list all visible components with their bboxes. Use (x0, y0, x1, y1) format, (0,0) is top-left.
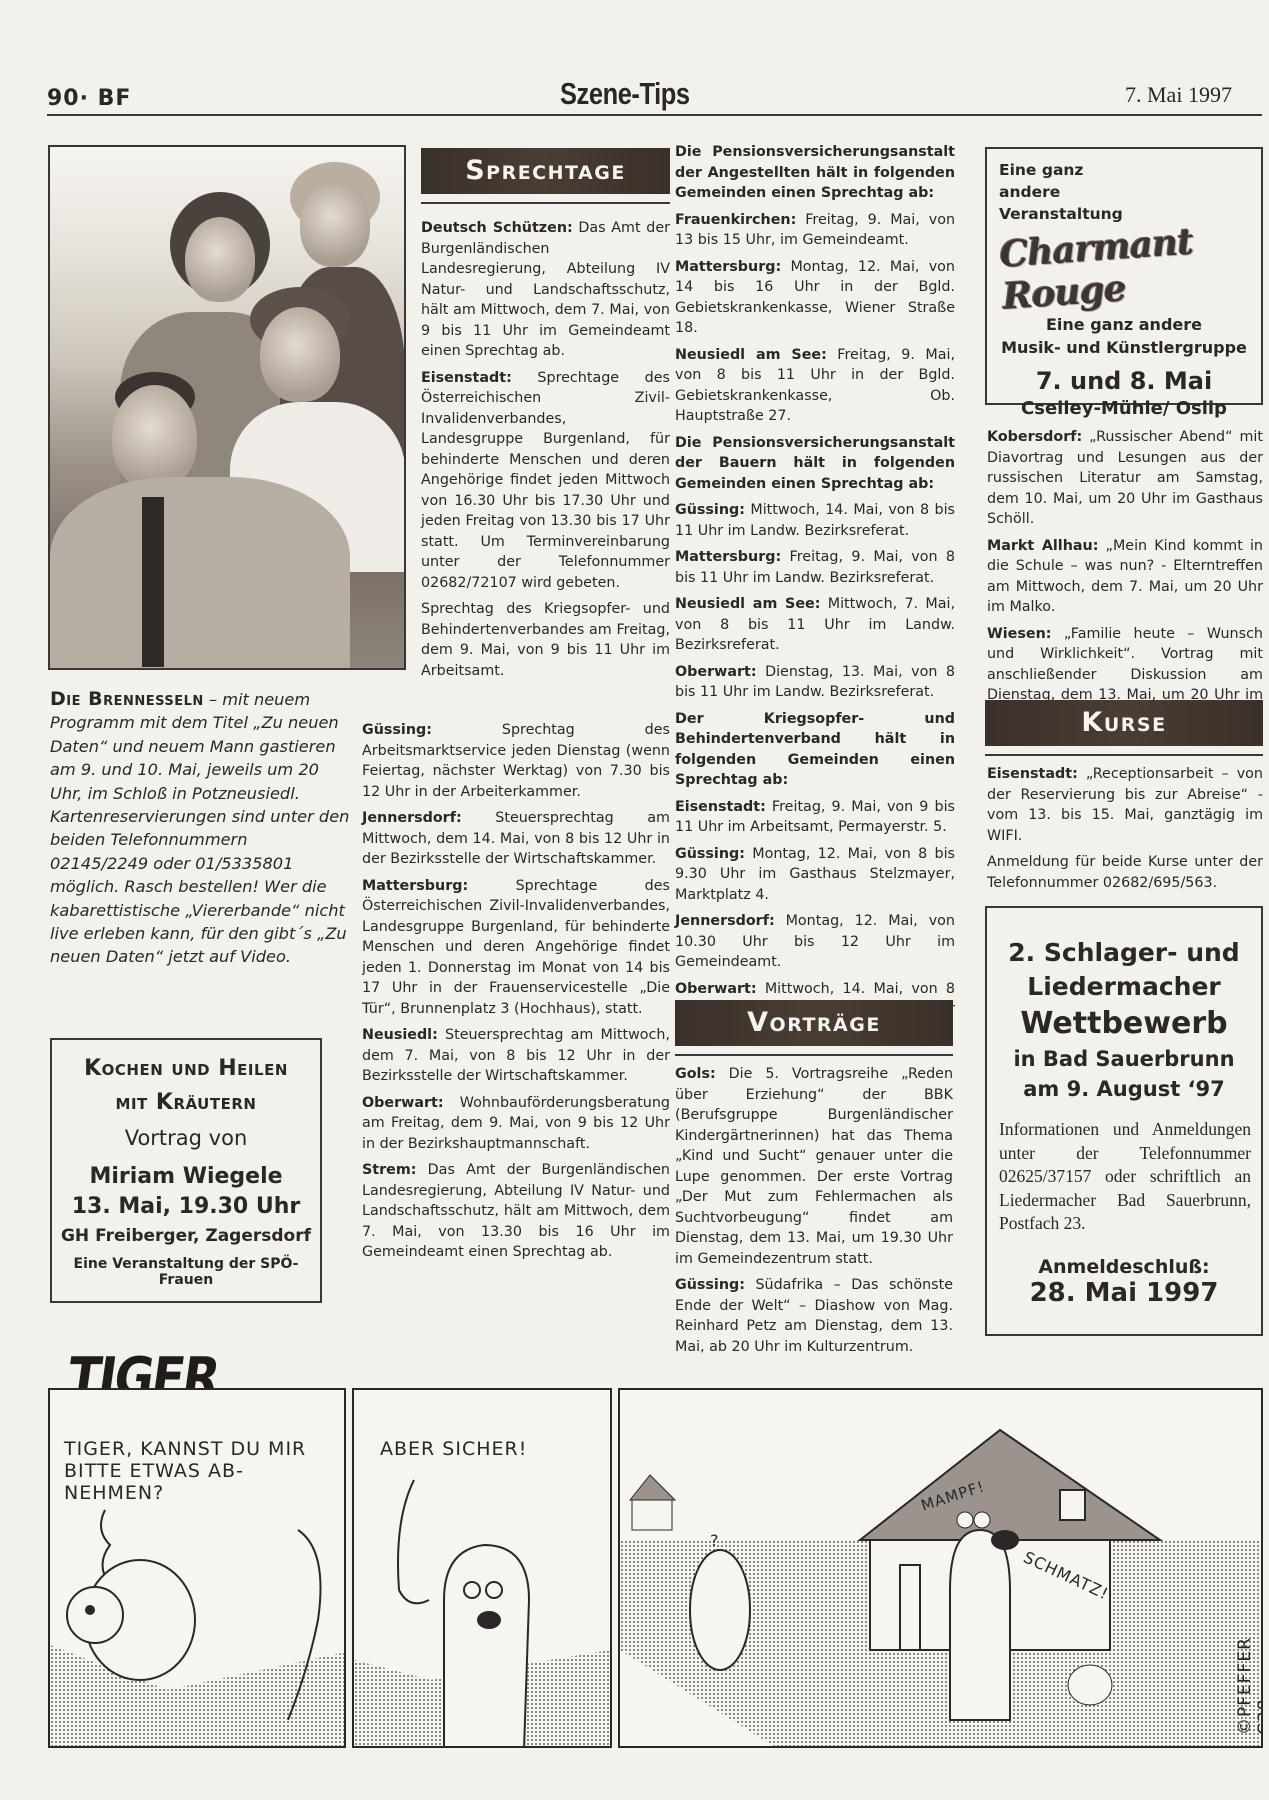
list-item: Oberwart: Dienstag, 13. Mai, von 8 bis 1… (675, 662, 955, 703)
ad-location-date: in Bad Sauerbrunn am 9. August ‘97 (987, 1044, 1261, 1104)
place-name: Jennersdorf: (675, 913, 775, 929)
place-name: Oberwart: (675, 664, 757, 680)
banner-rule (675, 1054, 953, 1056)
person-face (260, 307, 340, 402)
banner-rule (985, 754, 1263, 756)
list-item: Neusiedl: Steuersprechtag am Mittwoch, d… (362, 1025, 670, 1087)
section-banner-kurse: Kurse (985, 700, 1263, 746)
speech-bubble: ABER SICHER! (380, 1438, 600, 1460)
list-item: Anmeldung für beide Kurse unter der Tele… (987, 852, 1263, 893)
list-item: Jennersdorf: Montag, 12. Mai, von 10.30 … (675, 911, 955, 973)
place-name: Oberwart: (675, 981, 757, 997)
ad-title: Kochen und Heilen mit Kräutern (52, 1052, 320, 1120)
section-intro: Der Kriegsopfer- und Behindertenverband … (675, 709, 955, 791)
issue-date: 7. Mai 1997 (1125, 82, 1232, 108)
comic-panel-3: MAMPF! SCHMATZ! ? ©PFEFFER C38 (618, 1388, 1263, 1748)
desc-line2: Musik- und Künstlergruppe (987, 336, 1261, 359)
comic-copyright: ©PFEFFER C38 (1235, 1637, 1263, 1735)
charmant-rouge-ad: Eine ganz andere Veranstaltung Charmant … (985, 147, 1263, 405)
sprechtage-column-2: Die Pensionsversicherungsanstalt der Ang… (675, 142, 955, 1046)
event-date: am 9. August ‘97 (987, 1074, 1261, 1104)
section-banner-vortraege: Vorträge (675, 1000, 953, 1046)
list-item: Jennersdorf: Steuersprechtag am Mittwoch… (362, 808, 670, 870)
comic-characters-drawing (50, 1490, 346, 1748)
house-scene-drawing (620, 1390, 1263, 1748)
headline-line2: Liedermacher (987, 970, 1261, 1004)
speaker-name: Miriam Wiegele (52, 1162, 320, 1192)
place-name: Jennersdorf: (362, 810, 462, 826)
page-number-section: 90· BF (47, 86, 131, 111)
list-item: Eisenstadt: Sprechtage des Österreichisc… (421, 368, 670, 594)
ad-venue: Cselley-Mühle/ Oslip (987, 397, 1261, 421)
list-item: Deutsch Schützen: Das Amt der Burgenländ… (421, 218, 670, 362)
deadline-date: 28. Mai 1997 (987, 1278, 1261, 1308)
kochen-heilen-ad: Kochen und Heilen mit Kräutern Vortrag v… (50, 1038, 322, 1303)
list-item: Eisenstadt: Freitag, 9. Mai, von 9 bis 1… (675, 797, 955, 838)
list-item: Gols: Die 5. Vortragsreihe „Reden über E… (675, 1064, 953, 1269)
place-name: Eisenstadt: (987, 766, 1078, 782)
place-name: Strem: (362, 1162, 417, 1178)
vortraege-column: Gols: Die 5. Vortragsreihe „Reden über E… (675, 1064, 953, 1363)
ad-info-text: Informationen und Anmeldungen unter der … (999, 1118, 1251, 1236)
list-item: Mattersburg: Freitag, 9. Mai, von 8 bis … (675, 547, 955, 588)
schlager-wettbewerb-ad: 2. Schlager- und Liedermacher Wettbewerb… (985, 906, 1263, 1336)
location: in Bad Sauerbrunn (987, 1044, 1261, 1074)
entry-text: Sprechtage des Österreichischen Zivil-In… (362, 878, 670, 1017)
sprechtage-column-1b: Güssing: Sprechtag des Arbeitsmarktservi… (362, 720, 670, 1269)
list-item: Güssing: Sprechtag des Arbeitsmarktservi… (362, 720, 670, 802)
person-face (300, 182, 370, 267)
section-banner-sprechtage: Sprechtage (421, 148, 670, 194)
person-face (185, 217, 255, 302)
kurse-column: Eisenstadt: „Receptionsarbeit – von der … (987, 764, 1263, 899)
place-name: Frauenkirchen: (675, 212, 796, 228)
ad-headline-main: Wettbewerb (987, 1004, 1261, 1044)
list-item: Mattersburg: Montag, 12. Mai, von 14 bis… (675, 257, 955, 339)
place-name: Kobersdorf: (987, 429, 1082, 445)
place-name: Neusiedl am See: (675, 596, 820, 612)
entry-text: Sprechtage des Österreichischen Zivil-In… (421, 370, 670, 591)
sprechtage-column-1a: Deutsch Schützen: Das Amt der Burgenländ… (421, 218, 670, 681)
entry-text: Das Amt der Burgenländischen Landesregie… (421, 220, 670, 359)
place-name: Mattersburg: (675, 259, 781, 275)
place-name: Neusiedl: (362, 1027, 438, 1043)
place-name: Güssing: (675, 1277, 745, 1293)
list-item: Kobersdorf: „Russischer Abend“ mit Diavo… (987, 427, 1263, 530)
ad-title-line1: Kochen und Heilen (52, 1052, 320, 1086)
list-item: Güssing: Südafrika – Das schönste Ende d… (675, 1275, 953, 1357)
list-item: Neusiedl am See: Mittwoch, 7. Mai, von 8… (675, 594, 955, 656)
ad-description: Eine ganz andere Musik- und Künstlergrup… (987, 313, 1261, 359)
ad-speaker: Miriam Wiegele 13. Mai, 19.30 Uhr (52, 1162, 320, 1222)
deadline-label: Anmeldeschluß: (987, 1256, 1261, 1278)
place-name: Mattersburg: (362, 878, 468, 894)
intro-text: Der Kriegsopfer- und Behindertenverband … (675, 711, 955, 789)
ad-subtitle: Vortrag von (52, 1126, 320, 1150)
list-item: Frauenkirchen: Freitag, 9. Mai, von 13 b… (675, 210, 955, 251)
list-item: Eisenstadt: „Receptionsarbeit – von der … (987, 764, 1263, 846)
list-item: Sprechtag des Kriegsopfer- und Behindert… (421, 599, 670, 681)
list-item: Strem: Das Amt der Burgenländischen Land… (362, 1160, 670, 1263)
place-name: Oberwart: (362, 1095, 444, 1111)
ad-organizer: Eine Veranstaltung der SPÖ-Frauen (52, 1256, 320, 1288)
list-item: Güssing: Montag, 12. Mai, von 8 bis 9.30… (675, 844, 955, 906)
place-name: Neusiedl am See: (675, 347, 827, 363)
event-datetime: 13. Mai, 19.30 Uhr (52, 1192, 320, 1222)
ad-venue: GH Freiberger, Zagersdorf (52, 1226, 320, 1246)
headline-line1: 2. Schlager- und (987, 936, 1261, 970)
caption-head: Die Brennesseln (50, 688, 204, 710)
header-rule (47, 114, 1262, 116)
comic-panel-1: TIGER, KANNST DU MIR BITTE ETWAS AB-NEHM… (48, 1388, 346, 1748)
place-name: Deutsch Schützen: (421, 220, 573, 236)
ad-dates: 7. und 8. Mai (987, 365, 1261, 397)
list-item: Markt Allhau: „Mein Kind kommt in die Sc… (987, 536, 1263, 618)
person-cardigan (50, 477, 350, 670)
vortraege-column-2: Kobersdorf: „Russischer Abend“ mit Diavo… (987, 427, 1263, 732)
ad-title-line2: mit Kräutern (52, 1086, 320, 1120)
place-name: Markt Allhau: (987, 538, 1098, 554)
ad-headline: 2. Schlager- und Liedermacher (987, 936, 1261, 1004)
list-item: Güssing: Mittwoch, 14. Mai, von 8 bis 11… (675, 500, 955, 541)
person-face (112, 385, 197, 490)
entry-text: Anmeldung für beide Kurse unter der Tele… (987, 854, 1263, 891)
place-name: Güssing: (362, 722, 432, 738)
page-title: Szene-Tips (560, 76, 690, 112)
band-photo (48, 145, 406, 670)
caption-text: – mit neuem Programm mit dem Titel „Zu n… (50, 690, 349, 966)
person-tie (142, 497, 164, 667)
entry-text: Sprechtag des Kriegsopfer- und Behindert… (421, 601, 670, 679)
place-name: Mattersburg: (675, 549, 781, 565)
place-name: Gols: (675, 1066, 716, 1082)
ad-intro: Eine ganz andere Veranstaltung (999, 159, 1139, 225)
place-name: Wiesen: (987, 626, 1051, 642)
place-name: Güssing: (675, 502, 745, 518)
photo-caption: Die Brennesseln – mit neuem Programm mit… (50, 688, 350, 969)
comic-panel-2: ABER SICHER! (352, 1388, 612, 1748)
desc-line1: Eine ganz andere (987, 313, 1261, 336)
place-name: Eisenstadt: (675, 799, 766, 815)
banner-rule (421, 202, 670, 204)
section-intro: Die Pensionsversicherungsanstalt der Ang… (675, 142, 955, 204)
intro-text: Die Pensionsversicherungsanstalt der Ang… (675, 144, 955, 201)
list-item: Neusiedl am See: Freitag, 9. Mai, von 8 … (675, 345, 955, 427)
section-intro: Die Pensionsversicherungsanstalt der Bau… (675, 433, 955, 495)
list-item: Oberwart: Wohnbauförderungsberatung am F… (362, 1093, 670, 1155)
tiger-dog-drawing (354, 1470, 612, 1748)
intro-text: Die Pensionsversicherungsanstalt der Bau… (675, 435, 955, 492)
list-item: Mattersburg: Sprechtage des Österreichis… (362, 876, 670, 1020)
question-mark: ? (710, 1530, 720, 1552)
place-name: Eisenstadt: (421, 370, 512, 386)
entry-text: Die 5. Vortragsreihe „Reden über Erziehu… (675, 1066, 953, 1267)
charmant-rouge-logo: Charmant Rouge (998, 216, 1263, 318)
place-name: Güssing: (675, 846, 745, 862)
